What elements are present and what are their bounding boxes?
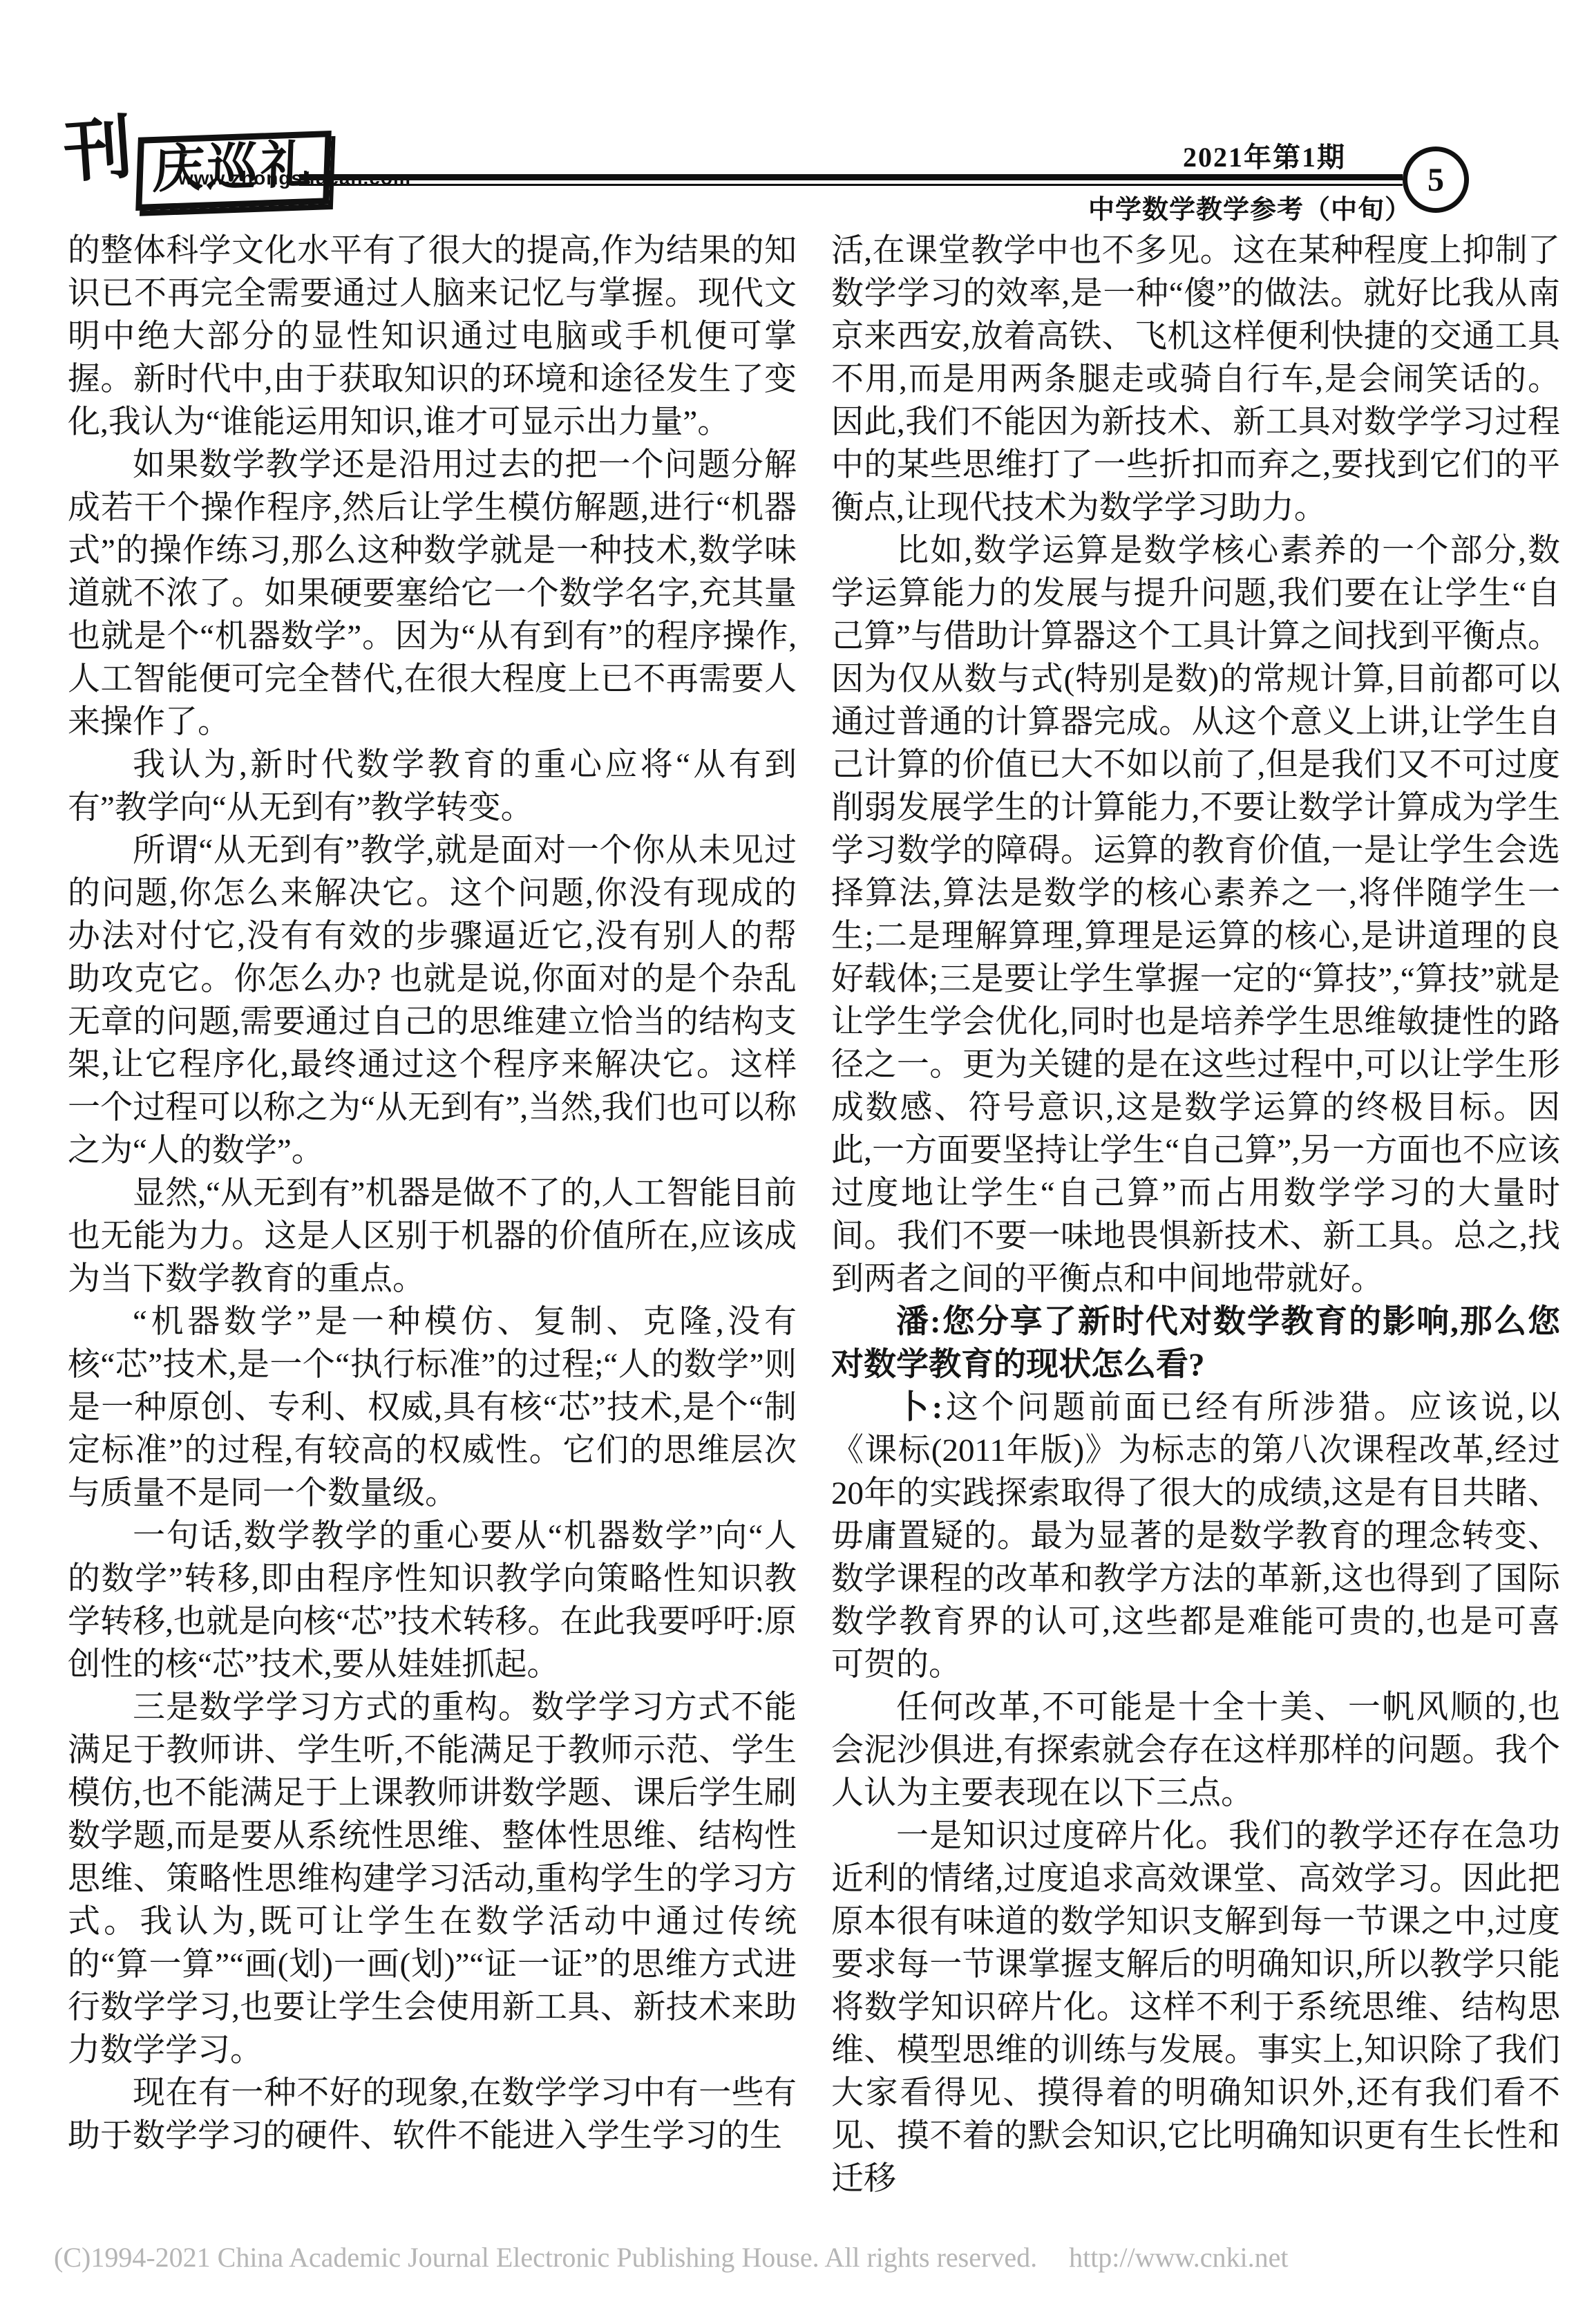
paragraph: 一句话,数学教学的重心要从“机器数学”向“人的数学”转移,即由程序性知识教学向策…	[68, 1515, 797, 1686]
header-rule-thin	[299, 184, 1403, 186]
page-number-badge: 5	[1403, 147, 1469, 213]
paragraph: 现在有一种不好的现象,在数学学习中有一些有助于数学学习的硬件、软件不能进入学生学…	[68, 2072, 797, 2157]
paragraph: 比如,数学运算是数学核心素养的一个部分,数学运算能力的发展与提升问题,我们要在让…	[831, 529, 1560, 1301]
article-body: 的整体科学文化水平有了很大的提高,作为结果的知识已不再完全需要通过人脑来记忆与掌…	[68, 229, 1560, 2200]
cnki-url: http://www.cnki.net	[1069, 2242, 1288, 2273]
right-column: 活,在课堂教学中也不多见。这在某种程度上抑制了数学学习的效率,是一种“傻”的做法…	[831, 229, 1560, 2200]
copyright-text: (C)1994-2021 China Academic Journal Elec…	[54, 2242, 1037, 2273]
paragraph: “机器数学”是一种模仿、复制、克隆,没有核“芯”技术,是一个“执行标准”的过程;…	[68, 1301, 797, 1515]
cnki-footer: (C)1994-2021 China Academic Journal Elec…	[54, 2241, 1546, 2274]
issue-label: 2021年第1期	[1133, 135, 1396, 175]
header-rule-thick	[299, 174, 1403, 180]
paragraph: 潘:您分享了新时代对数学教育的影响,那么您对数学教育的现状怎么看?	[831, 1301, 1560, 1386]
paragraph: 我认为,新时代数学教育的重心应将“从有到有”教学向“从无到有”教学转变。	[68, 744, 797, 829]
paragraph: 任何改革,不可能是十全十美、一帆风顺的,也会泥沙俱进,有探索就会存在这样那样的问…	[831, 1686, 1560, 1815]
paragraph: 卜:这个问题前面已经有所涉猎。应该说,以《课标(2011年版)》为标志的第八次课…	[831, 1386, 1560, 1686]
journal-page: 刊 庆巡礼 www.zhongshucan.com 2021年第1期 中学数学教…	[0, 0, 1594, 2324]
paragraph: 三是数学学习方式的重构。数学学习方式不能满足于教师讲、学生听,不能满足于教师示范…	[68, 1686, 797, 2072]
paragraph: 所谓“从无到有”教学,就是面对一个你从未见过的问题,你怎么来解决它。这个问题,你…	[68, 829, 797, 1172]
journal-logo: 刊 庆巡礼	[64, 116, 330, 207]
paragraph: 一是知识过度碎片化。我们的教学还存在急功近利的情绪,过度追求高效课堂、高效学习。…	[831, 1815, 1560, 2200]
paragraph: 活,在课堂教学中也不多见。这在某种程度上抑制了数学学习的效率,是一种“傻”的做法…	[831, 229, 1560, 529]
journal-title: 中学数学教学参考（中旬）	[1088, 188, 1399, 226]
header-double-rule	[299, 174, 1403, 186]
logo-kan-character: 刊	[61, 114, 135, 188]
paragraph: 的整体科学文化水平有了很大的提高,作为结果的知识已不再完全需要通过人脑来记忆与掌…	[68, 229, 797, 444]
paragraph: 如果数学教学还是沿用过去的把一个问题分解成若干个操作程序,然后让学生模仿解题,进…	[68, 444, 797, 744]
paragraph: 显然,“从无到有”机器是做不了的,人工智能目前也无能为力。这是人区别于机器的价值…	[68, 1172, 797, 1301]
speaker-prefix: 卜:	[896, 1390, 942, 1426]
left-column: 的整体科学文化水平有了很大的提高,作为结果的知识已不再完全需要通过人脑来记忆与掌…	[68, 229, 797, 2200]
page-header: 刊 庆巡礼 www.zhongshucan.com 2021年第1期 中学数学教…	[0, 0, 1594, 229]
